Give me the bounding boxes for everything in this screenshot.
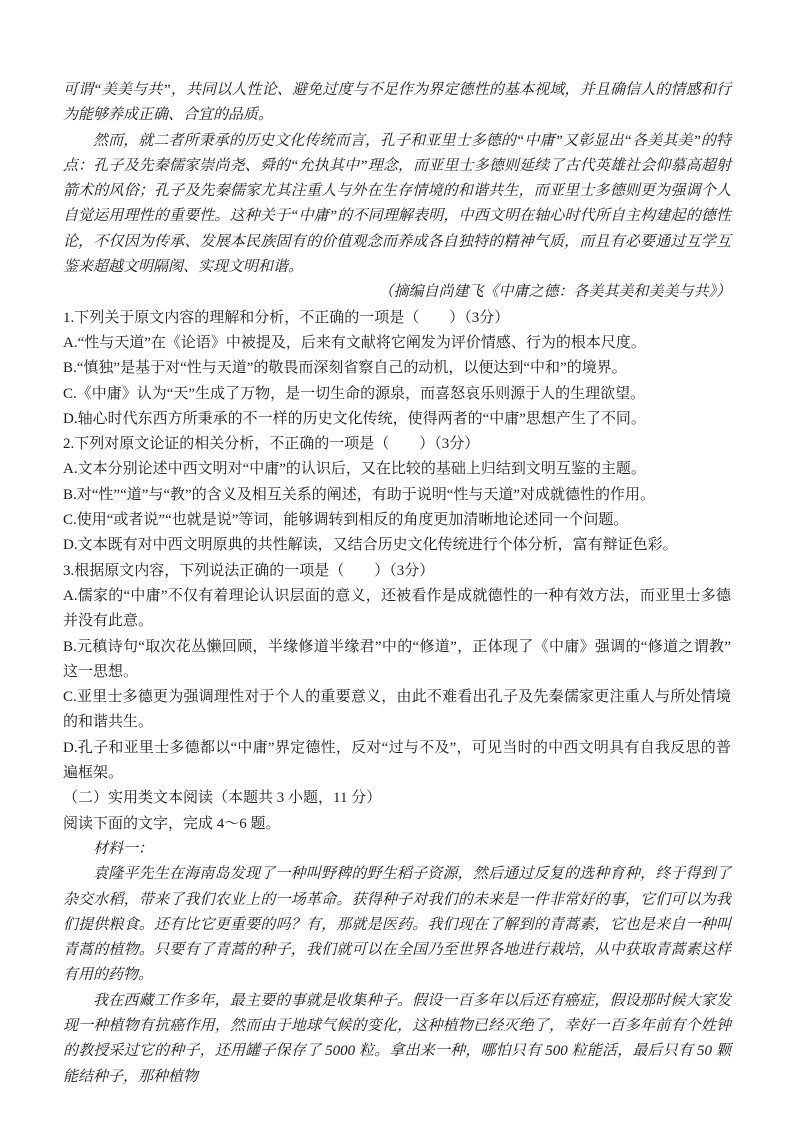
material-1-label: 材料一： bbox=[63, 837, 731, 862]
question-3-option-c: C.亚里士多德更为强调理性对于个人的重要意义，由此不难看出孔子及先秦儒家更注重人… bbox=[63, 685, 731, 736]
question-3-stem: 3.根据原文内容，下列说法正确的一项是（ ）（3分） bbox=[63, 559, 731, 584]
passage-paragraph-2: 然而，就二者所秉承的历史文化传统而言，孔子和亚里士多德的“中庸”又彰显出“各美其… bbox=[63, 129, 731, 281]
question-1-stem: 1.下列关于原文内容的理解和分析，不正确的一项是（ ）（3分） bbox=[63, 306, 731, 331]
question-1-option-d: D.轴心时代东西方所秉承的不一样的历史文化传统，使得两者的“中庸”思想产生了不同… bbox=[63, 407, 731, 432]
section-2-instruction: 阅读下面的文字，完成 4～6 题。 bbox=[63, 812, 731, 837]
section-2-heading: （二）实用类文本阅读（本题共 3 小题，11 分） bbox=[63, 786, 731, 811]
exam-page: 可谓“美美与共”，共同以人性论、避免过度与不足作为界定德性的基本视域，并且确信人… bbox=[0, 0, 794, 1123]
question-1-option-a: A.“性与天道”在《论语》中被提及，后来有文献将它阐发为评价情感、行为的根本尺度… bbox=[63, 331, 731, 356]
passage-attribution: （摘编自尚建飞《中庸之德：各美其美和美美与共》） bbox=[63, 280, 731, 305]
material-1-paragraph-2: 我在西藏工作多年，最主要的事就是收集种子。假设一百多年以后还有癌症，假设那时候大… bbox=[63, 989, 731, 1090]
question-1-option-b: B.“慎独”是基于对“性与天道”的敬畏而深刻省察自己的动机，以便达到“中和”的境… bbox=[63, 356, 731, 381]
question-3-option-a: A.儒家的“中庸”不仅有着理论认识层面的意义，还被看作是成就德性的一种有效方法，… bbox=[63, 584, 731, 635]
question-3-option-d: D.孔子和亚里士多德都以“中庸”界定德性，反对“过与不及”，可见当时的中西文明具… bbox=[63, 736, 731, 787]
question-3-option-b: B.元稹诗句“取次花丛懒回顾，半缘修道半缘君”中的“修道”，正体现了《中庸》强调… bbox=[63, 635, 731, 686]
question-2-option-b: B.对“性”“道”与“教”的含义及相互关系的阐述，有助于说明“性与天道”对成就德… bbox=[63, 483, 731, 508]
question-2-option-d: D.文本既有对中西文明原典的共性解读，又结合历史文化传统进行个体分析，富有辩证色… bbox=[63, 533, 731, 558]
question-2-option-a: A.文本分别论述中西文明对“中庸”的认识后，又在比较的基础上归结到文明互鉴的主题… bbox=[63, 457, 731, 482]
question-2-stem: 2.下列对原文论证的相关分析，不正确的一项是（ ）（3分） bbox=[63, 432, 731, 457]
material-1-paragraph-1: 袁隆平先生在海南岛发现了一种叫野稗的野生稻子资源，然后通过反复的选种育种，终于得… bbox=[63, 862, 731, 988]
passage-paragraph-continuation: 可谓“美美与共”，共同以人性论、避免过度与不足作为界定德性的基本视域，并且确信人… bbox=[63, 78, 731, 129]
question-2-option-c: C.使用“或者说”“也就是说”等词，能够调转到相反的角度更加清晰地论述同一个问题… bbox=[63, 508, 731, 533]
question-1-option-c: C.《中庸》认为“天”生成了万物，是一切生命的源泉，而喜怒哀乐则源于人的生理欲望… bbox=[63, 382, 731, 407]
